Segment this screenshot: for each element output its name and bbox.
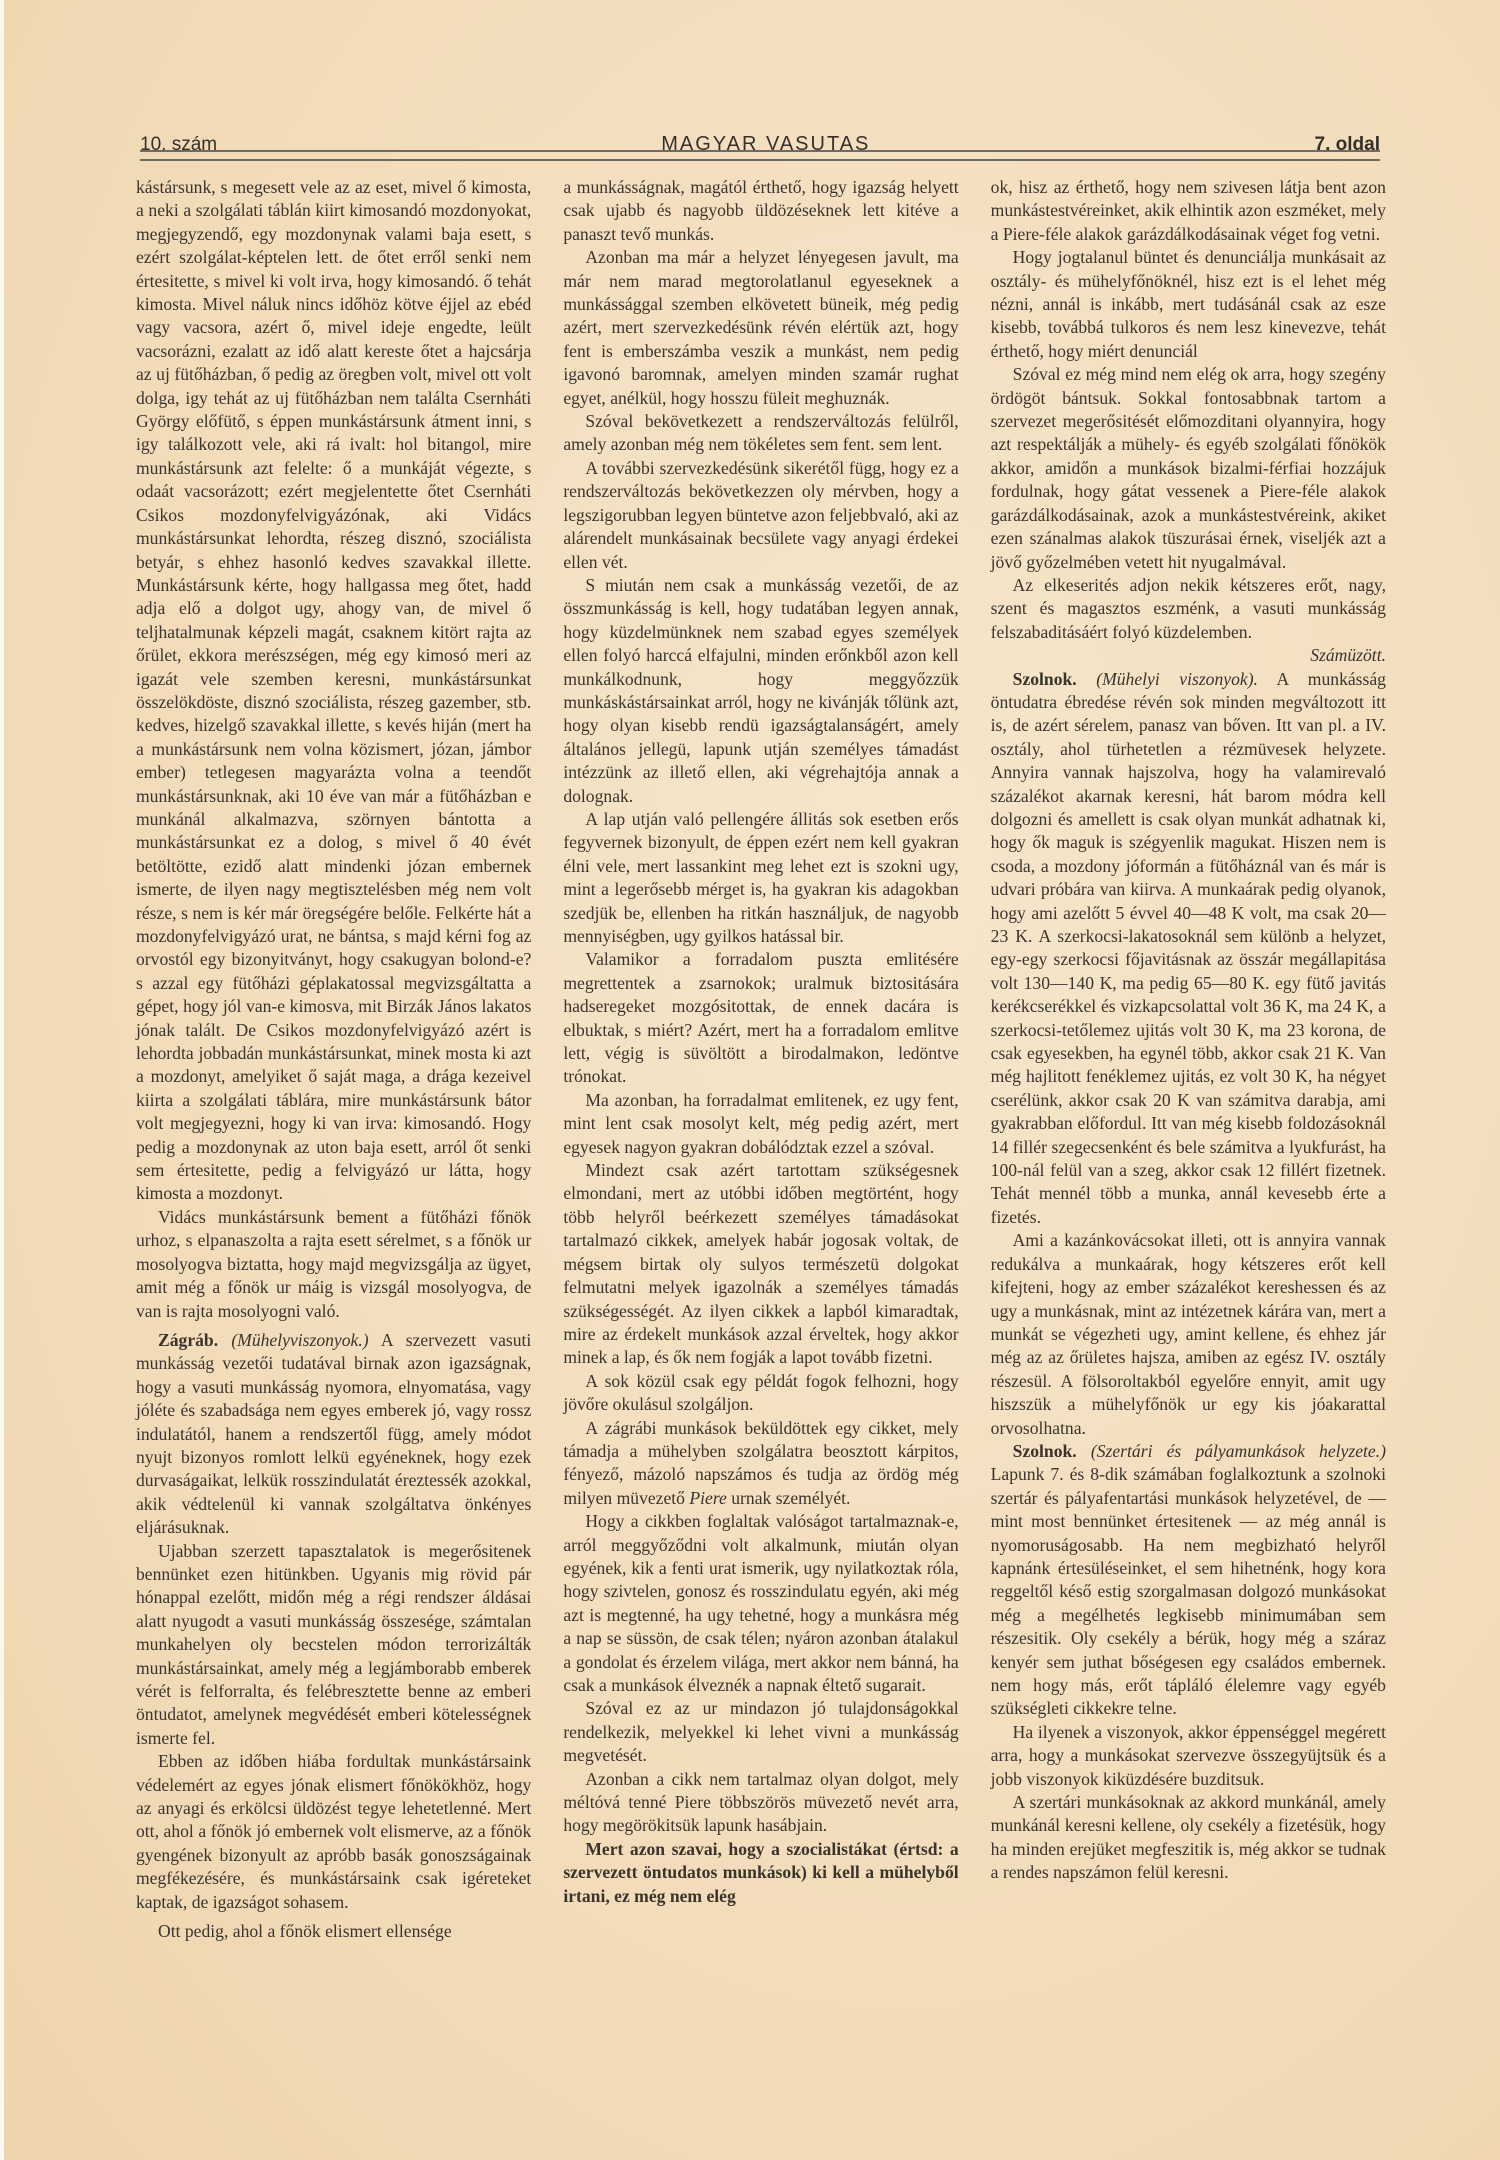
column-3: ok, hisz az érthető, hogy nem szivesen l… <box>991 176 1386 2076</box>
paragraph: Azonban a cikk nem tartalmaz olyan dolgo… <box>563 1768 958 1838</box>
header-double-rule <box>140 150 1380 161</box>
paragraph: Vidács munkástársunk bement a fütőházi f… <box>136 1206 531 1323</box>
paragraph: Ebben az időben hiába fordultak munkástá… <box>136 1750 531 1914</box>
column-1: kástársunk, s megesett vele az az eset, … <box>136 176 531 2076</box>
paragraph: Mert azon szavai, hogy a szocialistákat … <box>563 1838 958 1908</box>
paragraph: Mindezt csak azért tartottam szükségesne… <box>563 1159 958 1370</box>
paragraph: Hogy a cikkben foglaltak valóságot tarta… <box>563 1510 958 1697</box>
scan-margin <box>0 0 4 2160</box>
paragraph: Hogy jogtalanul büntet és denunciálja mu… <box>991 246 1386 363</box>
paragraph: a munkásságnak, magától érthető, hogy ig… <box>563 176 958 246</box>
article-subheading: (Szertári és pályamunkások helyzete.) <box>1091 1441 1386 1461</box>
paragraph: Szóval bekövetkezett a rendszerváltozás … <box>563 410 958 457</box>
paragraph: Ujabban szerzett tapasztalatok is megerő… <box>136 1540 531 1751</box>
name-piere: Piere <box>689 1488 726 1508</box>
article-heading: Zágráb. <box>158 1330 218 1350</box>
article-subheading: (Mühelyi viszonyok). <box>1096 669 1258 689</box>
paragraph: Ma azonban, ha forradalmat emlitenek, ez… <box>563 1089 958 1159</box>
article-szolnok-szertar: Szolnok. (Szertári és pályamunkások hely… <box>991 1440 1386 1721</box>
paragraph: Valamikor a forradalom puszta emlitésére… <box>563 948 958 1088</box>
article-szolnok-muhely: Szolnok. (Mühelyi viszonyok). A munkássá… <box>991 668 1386 1230</box>
paragraph: A lap utján való pellengére állitás sok … <box>563 808 958 948</box>
paragraph: kástársunk, s megesett vele az az eset, … <box>136 176 531 1206</box>
paragraph: S miután nem csak a munkásság vezetői, d… <box>563 574 958 808</box>
column-2: a munkásságnak, magától érthető, hogy ig… <box>563 176 958 2076</box>
paragraph: Szóval ez az ur mindazon jó tulajdonságo… <box>563 1697 958 1767</box>
paragraph: A sok közül csak egy példát fogok felhoz… <box>563 1370 958 1417</box>
article-columns: kástársunk, s megesett vele az az eset, … <box>136 176 1386 2076</box>
paragraph: Ami a kazánkovácsokat illeti, ott is ann… <box>991 1229 1386 1440</box>
paragraph: A további szervezkedésünk sikerétől függ… <box>563 457 958 574</box>
paragraph: Azonban ma már a helyzet lényegesen javu… <box>563 246 958 410</box>
paragraph: Ott pedig, ahol a főnök elismert ellensé… <box>136 1920 531 1943</box>
paragraph: A zágrábi munkások beküldöttek egy cikke… <box>563 1417 958 1511</box>
author-signature: Számüzött. <box>991 644 1386 667</box>
paragraph: Szóval ez még mind nem elég ok arra, hog… <box>991 363 1386 574</box>
paragraph: ok, hisz az érthető, hogy nem szivesen l… <box>991 176 1386 246</box>
article-heading: Szolnok. <box>1013 669 1077 689</box>
paragraph: Az elkeserités adjon nekik kétszeres erő… <box>991 574 1386 644</box>
paragraph: A szertári munkásoknak az akkord munkáná… <box>991 1791 1386 1885</box>
article-zagrab: Zágráb. (Mühelyviszonyok.) A szervezett … <box>136 1329 531 1540</box>
paragraph: Ha ilyenek a viszonyok, akkor éppenségge… <box>991 1721 1386 1791</box>
article-subheading: (Mühelyviszonyok.) <box>231 1330 368 1350</box>
article-heading: Szolnok. <box>1013 1441 1077 1461</box>
